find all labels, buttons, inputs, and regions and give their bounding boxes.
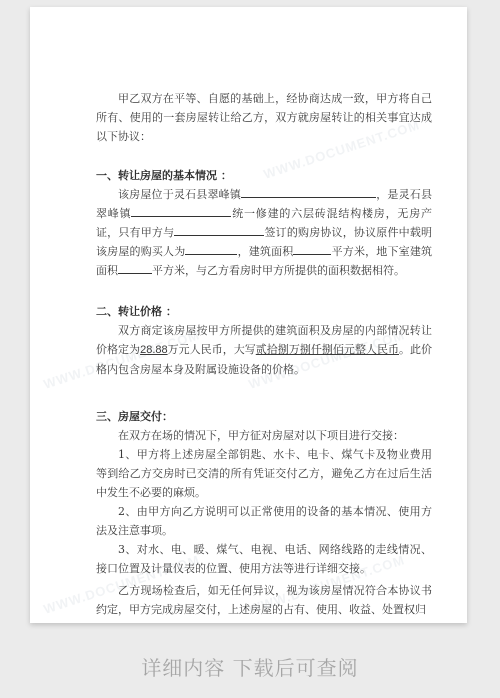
section3-item-3: 3、对水、电、暖、煤气、电视、电话、网络线路的走线情况、接口位置及计量仪表的位置… — [96, 540, 432, 578]
section3-item-1: 1、甲方将上述房屋全部钥匙、水卡、电卡、煤气卡及物业费用等到给乙方交房时已交清的… — [96, 445, 432, 502]
document-body: 甲乙双方在平等、自愿的基础上，经协商达成一致，甲方将自己所有、使用的一套房屋转让… — [96, 89, 432, 619]
blank-field-builder[interactable] — [131, 205, 231, 217]
text: 平方米，与乙方看房时甲方所提供的面积数据相符。 — [152, 264, 405, 277]
section3-closing: 乙方现场检查后，如无任何异议，视为该房屋情况符合本协议书约定，甲方完成房屋交付，… — [96, 581, 432, 619]
blank-field-area[interactable] — [293, 243, 331, 255]
section1-heading: 一、转让房屋的基本情况 ： — [96, 166, 432, 185]
section2-heading: 二、转让价格 ： — [96, 302, 432, 321]
blank-field-buyer[interactable] — [185, 243, 237, 255]
price-value: 28.88 — [140, 344, 168, 356]
blank-field-contract-party[interactable] — [174, 224, 264, 236]
download-prompt[interactable]: 详细内容 下载后可查阅 — [0, 652, 500, 681]
text: 该房屋位于灵石县翠峰镇 — [118, 188, 241, 201]
section1-paragraph: 该房屋位于灵石县翠峰镇，是灵石县翠峰镇统一修建的六层砖混结构楼房，无房产证，只有… — [96, 185, 432, 280]
text: 万元人民币，大写 — [168, 343, 256, 356]
section3-heading: 三、房屋交付： — [96, 407, 432, 426]
section3-item-2: 2、由甲方向乙方说明可以正常使用的设备的基本情况、使用方法及注意事项。 — [96, 502, 432, 540]
section3-lead: 在双方在场的情况下，甲方征对房屋对以下项目进行交接： — [96, 426, 432, 445]
blank-field-location[interactable] — [241, 186, 376, 198]
section2-paragraph: 双方商定该房屋按甲方所提供的建筑面积及房屋的内部情况转让价格定为28.88万元人… — [96, 321, 432, 379]
text: ，建筑面积 — [237, 245, 293, 258]
price-in-words: 贰拾捌万捌仟捌佰元整人民币 — [256, 343, 399, 356]
intro-paragraph: 甲乙双方在平等、自愿的基础上，经协商达成一致，甲方将自己所有、使用的一套房屋转让… — [96, 89, 432, 146]
document-page: WWW.DOCUMENT.COM WWW.DOCUMENT.COM WWW.DO… — [30, 7, 467, 623]
blank-field-basement-area[interactable] — [118, 262, 152, 274]
